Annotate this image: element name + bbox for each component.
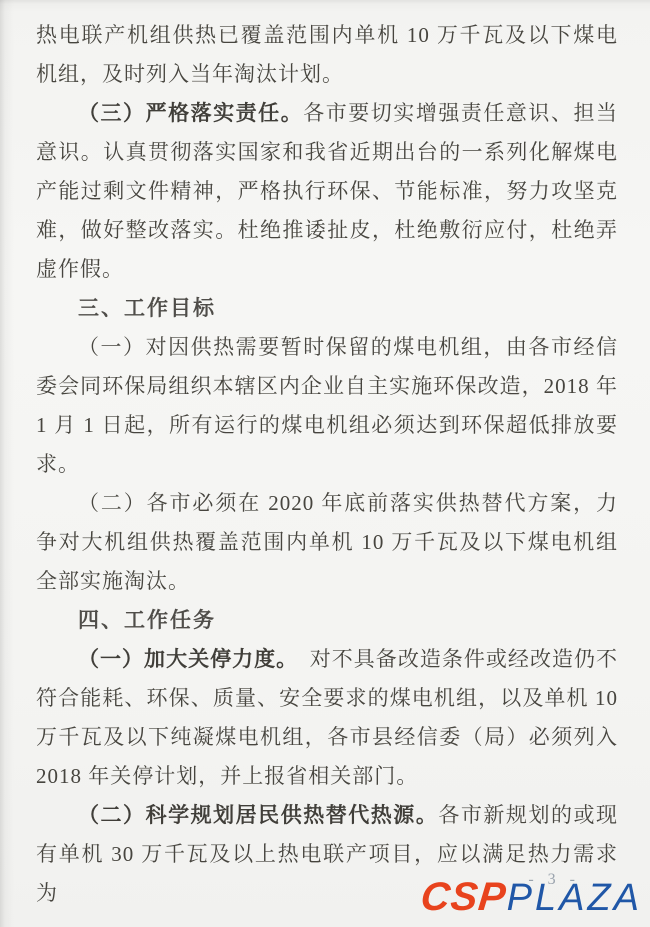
paragraph-bold-lead: （二）科学规划居民供热替代热源。	[78, 803, 438, 827]
paragraph-goal-2: （二）各市必须在 2020 年底前落实供热替代方案，力争对大机组供热覆盖范围内单…	[36, 484, 618, 601]
document-page: 热电联产机组供热已覆盖范围内单机 10 万千瓦及以下煤电机组，及时列入当年淘汰计…	[0, 0, 650, 927]
paragraph-bold-lead: （一）加大关停力度。	[78, 647, 310, 671]
section-heading-work-tasks: 四、工作任务	[36, 601, 618, 640]
paragraph-task-1: （一）加大关停力度。对不具备改造条件或经改造仍不符合能耗、环保、质量、安全要求的…	[36, 640, 618, 796]
section-heading-work-goals: 三、工作目标	[36, 289, 618, 328]
logo-plaza-text: PLAZA	[507, 879, 642, 917]
csp-plaza-logo: CSPPLAZA	[421, 877, 642, 917]
paragraph-text: （二）各市必须在 2020 年底前落实供热替代方案，力争对大机组供热覆盖范围内单…	[36, 491, 618, 593]
paragraph-continuation: 热电联产机组供热已覆盖范围内单机 10 万千瓦及以下煤电机组，及时列入当年淘汰计…	[36, 16, 618, 94]
paragraph-strict-responsibility: （三）严格落实责任。各市要切实增强责任意识、担当意识。认真贯彻落实国家和我省近期…	[36, 94, 618, 289]
scanned-document-page: { "document": { "paragraphs": [ { "text"…	[0, 0, 650, 927]
paragraph-text: 各市要切实增强责任意识、担当意识。认真贯彻落实国家和我省近期出台的一系列化解煤电…	[36, 101, 618, 281]
paragraph-bold-lead: （三）严格落实责任。	[78, 101, 303, 125]
paragraph-text: （一）对因供热需要暂时保留的煤电机组，由各市经信委会同环保局组织本辖区内企业自主…	[36, 335, 618, 476]
document-body: 热电联产机组供热已覆盖范围内单机 10 万千瓦及以下煤电机组，及时列入当年淘汰计…	[36, 16, 618, 913]
paragraph-text: 热电联产机组供热已覆盖范围内单机 10 万千瓦及以下煤电机组，及时列入当年淘汰计…	[36, 23, 618, 86]
paragraph-goal-1: （一）对因供热需要暂时保留的煤电机组，由各市经信委会同环保局组织本辖区内企业自主…	[36, 328, 618, 484]
logo-csp-text: CSP	[419, 877, 508, 917]
